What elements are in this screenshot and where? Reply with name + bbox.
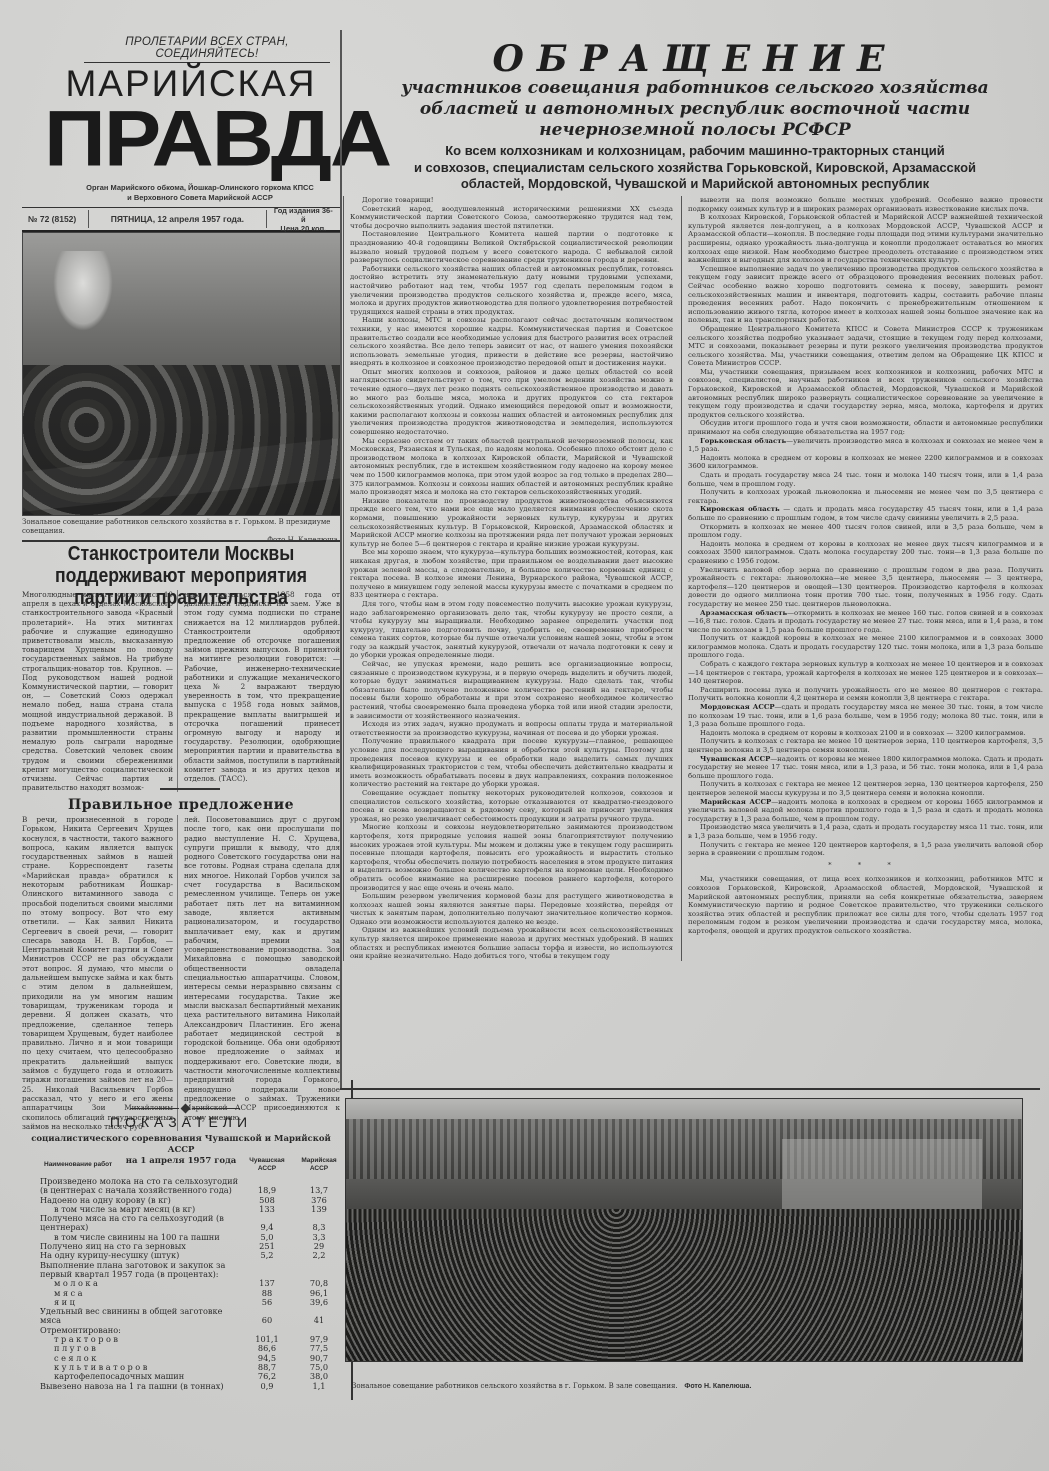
obligation-paragraph: Чувашская АССР—надоить от коровы не мене… xyxy=(688,755,1043,781)
table-row: Удельный вес свинины в общей заготовке м… xyxy=(40,1307,345,1326)
mari-value: 139 xyxy=(293,1205,345,1214)
appeal-title: ОБРАЩЕНИЕ xyxy=(350,38,1040,80)
chuvash-value: 56 xyxy=(241,1298,293,1307)
section-rule xyxy=(340,1088,1040,1090)
appeal-paragraph: Обращение Центрального Комитета КПСС и С… xyxy=(688,325,1043,368)
table-row: молока13770,8 xyxy=(40,1279,345,1288)
obligation-detail: Получить от каждой коровы в колхозах не … xyxy=(688,634,1043,660)
obligation-detail: Расширить посевы лука и получить урожайн… xyxy=(688,686,1043,703)
caption-text: Зональное совещание работников сельского… xyxy=(352,1382,678,1390)
publication-meta: Год издания 36-й Цена 20 коп. xyxy=(267,206,340,233)
table-row: Выполнение плана заготовок и закупок за … xyxy=(40,1261,345,1280)
region-name: Горьковская область xyxy=(700,437,786,445)
subtitle-line: нечерноземной полосы РСФСР xyxy=(350,120,1040,141)
appeal-paragraph: Успешное выполнение задач по увеличению … xyxy=(688,265,1043,325)
region-name: Мордовская АССР xyxy=(700,703,775,711)
table-row: мяса8896,1 xyxy=(40,1289,345,1298)
table-row: Получено мяса на сто га сельхозугодий (в… xyxy=(40,1214,345,1233)
mari-value: 41 xyxy=(293,1307,345,1326)
chuvash-value: 18,9 xyxy=(241,1177,293,1196)
obligation-detail: Получить в колхозах с гектара не менее 1… xyxy=(688,737,1043,754)
appeal-paragraph: Постановление Центрального Комитета наше… xyxy=(350,230,673,264)
photo-hall xyxy=(345,1098,1023,1362)
appeal-paragraph: Мы серьезно отстаем от таких областей це… xyxy=(350,437,673,497)
mari-value: 2,2 xyxy=(293,1251,345,1260)
appeal-paragraph: Многие колхозы и совхозы неудовлетворите… xyxy=(350,823,673,892)
issue-date: ПЯТНИЦА, 12 апреля 1957 года. xyxy=(89,214,265,224)
region-name: Чувашская АССР xyxy=(700,755,770,763)
photo-presidium xyxy=(22,232,342,516)
appeal-paragraph: Для того, чтобы нам в этом году повсемес… xyxy=(350,600,673,660)
appeal-paragraph: Совещание осуждает попытку некоторых рук… xyxy=(350,789,673,823)
chuvash-value xyxy=(241,1261,293,1280)
obligation-detail: Надоить молока в среднем от коровы в кол… xyxy=(688,729,1043,738)
column-header: Марийская АССР xyxy=(293,1157,345,1177)
address-line: Ко всем колхозникам и колхозницам, рабоч… xyxy=(350,143,1040,160)
diamond-ornament-icon xyxy=(180,1103,190,1113)
row-label: Удельный вес свинины в общей заготовке м… xyxy=(40,1307,241,1326)
issue-info-bar: № 72 (8152) ПЯТНИЦА, 12 апреля 1957 года… xyxy=(22,207,340,233)
subtitle-line: социалистического соревнования Чувашской… xyxy=(22,1134,340,1156)
organ-line1: Орган Марийского обкома, Йошкар-Олинског… xyxy=(70,183,330,193)
stage-image xyxy=(782,1139,982,1209)
article-body-machine-tools: Многолюдные митинги состоялись 10 апреля… xyxy=(22,590,340,792)
appeal-paragraph: Опыт многих колхозов и совхозов, районов… xyxy=(350,368,673,437)
masthead-motto: ПРОЛЕТАРИИ ВСЕХ СТРАН, СОЕДИНЯЙТЕСЬ! xyxy=(84,36,330,63)
address-line: областей, Мордовской, Чувашской и Марийс… xyxy=(350,176,1040,193)
chuvash-value: 133 xyxy=(241,1205,293,1214)
mari-value xyxy=(293,1261,345,1280)
newspaper-page: ПРОЛЕТАРИИ ВСЕХ СТРАН, СОЕДИНЯЙТЕСЬ! МАР… xyxy=(0,0,1049,1471)
appeal-paragraph: Мы, участники совещания, призываем всех … xyxy=(688,368,1043,420)
chuvash-value: 0,9 xyxy=(241,1382,293,1391)
subtitle-line: областей и автономных республик восточно… xyxy=(350,99,1040,120)
appeal-paragraph: вывезти на поля возможно больше местных … xyxy=(688,196,1043,213)
appeal-paragraph: Исходя из этих задач, нужно продумать и … xyxy=(350,720,673,737)
chuvash-value: 9,4 xyxy=(241,1214,293,1233)
masthead-organ: Орган Марийского обкома, Йошкар-Олинског… xyxy=(70,183,330,203)
appeal-paragraph: Получение правильного квадрата при посев… xyxy=(350,737,673,789)
appeal-paragraph: Большим резервом увеличения кормовой баз… xyxy=(350,892,673,926)
ornament-divider xyxy=(130,1104,240,1112)
obligation-detail: Надоить молока в среднем от коровы в кол… xyxy=(688,540,1043,566)
appeal-paragraph: Советский народ, воодушевленный историче… xyxy=(350,205,673,231)
organ-line2: и Верховного Совета Марийской АССР xyxy=(70,193,330,203)
obligation-paragraph: Марийская АССР—надоить молока в колхозах… xyxy=(688,798,1043,824)
appeal-subtitle: участников совещания работников сельског… xyxy=(350,78,1040,141)
appeal-paragraph: Одним из важнейших условий подъема урожа… xyxy=(350,926,673,960)
appeal-paragraph: Работники сельского хозяйства наших обла… xyxy=(350,265,673,317)
appeal-paragraph: В колхозах Кировской, Горьковской област… xyxy=(688,213,1043,265)
appeal-address: Ко всем колхозникам и колхозницам, рабоч… xyxy=(350,143,1040,193)
obligation-detail: Увеличить валовой сбор зерна по сравнени… xyxy=(688,566,1043,609)
row-label: Произведено молока на сто га сельхозугод… xyxy=(40,1177,241,1196)
table-row: Вывезено навоза на 1 га пашни (в тоннах)… xyxy=(40,1382,345,1391)
obligation-detail: Откормить в колхозах не менее 400 тысяч … xyxy=(688,523,1043,540)
masthead-title-line2: ПРАВДА xyxy=(44,104,336,174)
appeal-paragraph: Дорогие товарищи! xyxy=(350,196,673,205)
article-column: лей. Посоветовавшись друг с другом после… xyxy=(184,815,340,1131)
article-headline-proposal: Правильное предложение xyxy=(22,797,340,813)
article-column: ным отказаться с 1958 года от дальнейшей… xyxy=(184,590,340,792)
crowd-image xyxy=(346,1209,1022,1361)
region-name: Марийская АССР xyxy=(700,798,771,806)
issue-number: № 72 (8152) xyxy=(22,214,88,224)
short-rule xyxy=(160,788,220,790)
obligation-detail: Сдать и продать государству мяса 24 тыс.… xyxy=(688,471,1043,488)
section-rule xyxy=(22,540,340,542)
obligation-detail: Производство мяса увеличить в 1,4 раза, … xyxy=(688,823,1043,840)
appeal-paragraph: Обсудив итоги прошлого года и учтя свои … xyxy=(688,419,1043,436)
indicators-table: Наименование работ Чувашская АССР Марийс… xyxy=(40,1157,345,1391)
photo-credit: Фото Н. Капелюша. xyxy=(684,1383,751,1390)
column-header: Чувашская АССР xyxy=(241,1157,293,1177)
obligation-paragraph: Горьковская область—увеличить производст… xyxy=(688,437,1043,454)
appeal-paragraph: Все мы хорошо знаем, что кукуруза—культу… xyxy=(350,548,673,600)
mari-value: 8,3 xyxy=(293,1214,345,1233)
article-column: В речи, произнесенной в городе Горьком, … xyxy=(22,815,178,1131)
people-image xyxy=(23,365,341,515)
obligation-paragraph: Арзамасская область—откормить в колхозах… xyxy=(688,609,1043,635)
subtitle-line: участников совещания работников сельског… xyxy=(350,78,1040,99)
indicators-title: ПОКАЗАТЕЛИ xyxy=(22,1114,340,1130)
closing-paragraph: Мы, участники совещания, от лица всех ко… xyxy=(688,875,1043,935)
mari-value: 1,1 xyxy=(293,1382,345,1391)
chuvash-value: 5,2 xyxy=(241,1251,293,1260)
appeal-paragraph: Низкие показатели по производству продук… xyxy=(350,497,673,549)
mari-value: 39,6 xyxy=(293,1298,345,1307)
obligation-detail: Получить в колхозах урожай льноволокна и… xyxy=(688,488,1043,505)
table-header-row: Наименование работ Чувашская АССР Марийс… xyxy=(40,1157,345,1177)
article-column: Многолюдные митинги состоялись 10 апреля… xyxy=(22,590,178,792)
bust-image xyxy=(53,251,113,331)
chuvash-value: 60 xyxy=(241,1307,293,1326)
year-of-publication: Год издания 36-й xyxy=(273,206,334,224)
obligation-detail: Получить в колхозах с гектара не менее 1… xyxy=(688,780,1043,797)
row-label: Получено мяса на сто га сельхозугодий (в… xyxy=(40,1214,241,1233)
appeal-right-column: вывезти на поля возможно больше местных … xyxy=(681,196,1043,961)
obligation-detail: Получить с гектара не менее 120 центнеро… xyxy=(688,841,1043,858)
obligation-paragraph: Кировская область — сдать и продать мяса… xyxy=(688,505,1043,522)
appeal-paragraph: Наши колхозы, МТС и совхозы располагают … xyxy=(350,316,673,368)
obligation-detail: Собрать с каждого гектара зерновых культ… xyxy=(688,660,1043,686)
mari-value: 13,7 xyxy=(293,1177,345,1196)
appeal-paragraph: Сейчас, не упуская времени, надо решить … xyxy=(350,660,673,720)
obligation-paragraph: Мордовская АССР—сдать и продать государс… xyxy=(688,703,1043,729)
row-label: Вывезено навоза на 1 га пашни (в тоннах) xyxy=(40,1382,241,1391)
photo-bottom-caption: Зональное совещание работников сельского… xyxy=(352,1382,1032,1390)
table-row: Произведено молока на сто га сельхозугод… xyxy=(40,1177,345,1196)
column-header: Наименование работ xyxy=(40,1157,241,1177)
region-name: Кировская область xyxy=(700,505,780,513)
address-line: и совхозов, специалистам сельского хозяй… xyxy=(350,160,1040,177)
article-body-proposal: В речи, произнесенной в городе Горьком, … xyxy=(22,815,340,1131)
row-label: Выполнение плана заготовок и закупок за … xyxy=(40,1261,241,1280)
caption-text: Зональное совещание работников сельского… xyxy=(22,518,340,536)
column-rule xyxy=(340,30,342,1090)
obligation-detail: Надоить молока в среднем от коровы в кол… xyxy=(688,454,1043,471)
region-name: Арзамасская область xyxy=(700,609,787,617)
separator-stars: * * * xyxy=(688,861,1043,870)
appeal-body: Дорогие товарищи!Советский народ, воодуш… xyxy=(343,196,1043,961)
appeal-left-column: Дорогие товарищи!Советский народ, воодуш… xyxy=(343,196,673,961)
